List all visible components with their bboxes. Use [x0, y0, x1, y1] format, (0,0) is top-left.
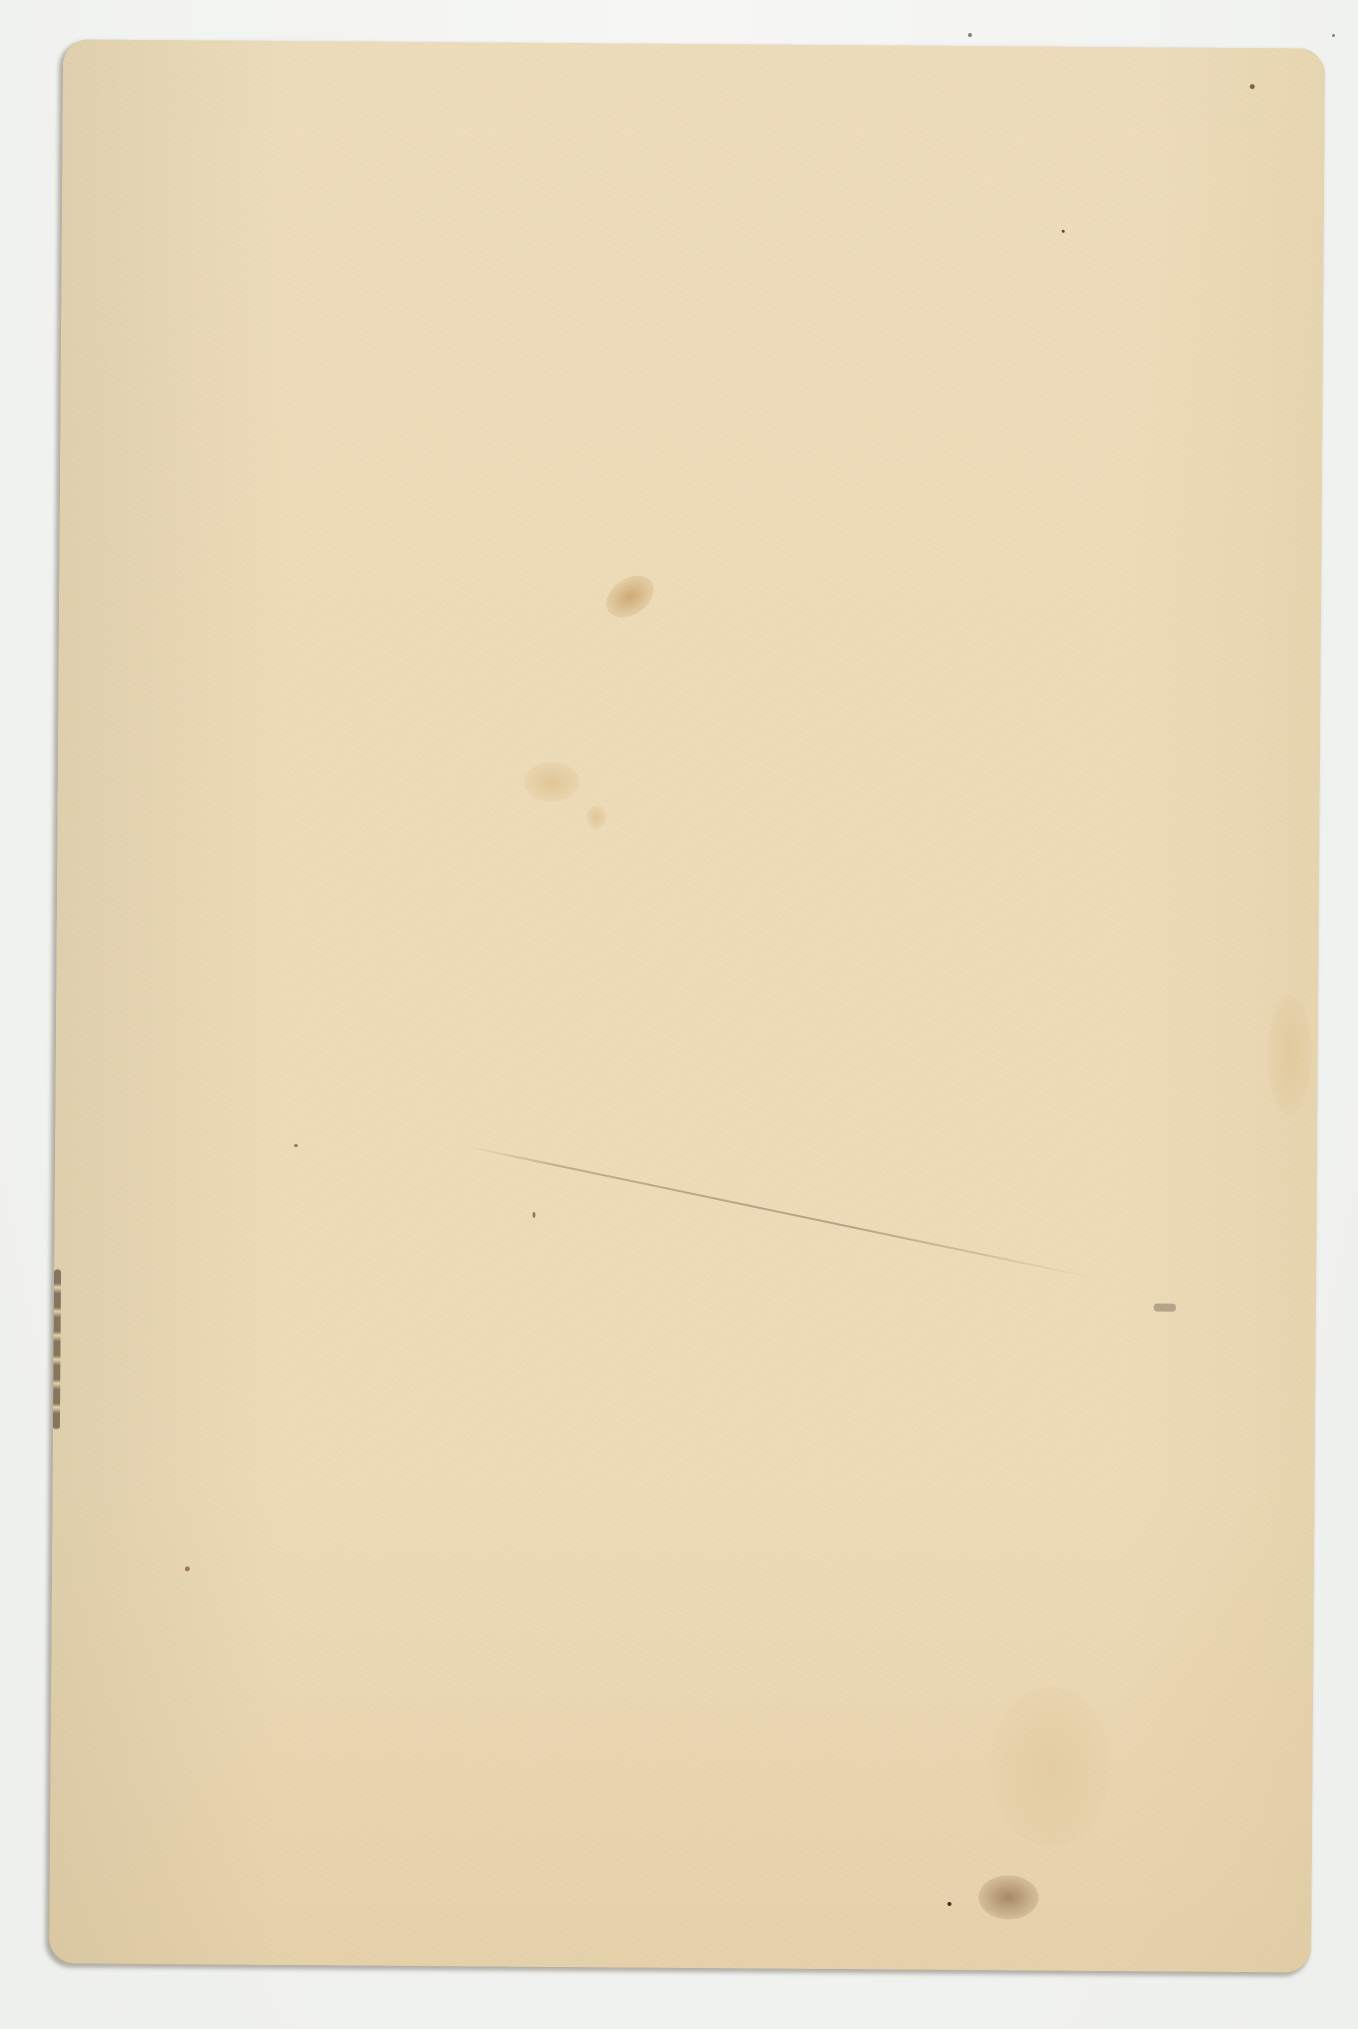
stain-lower-right-blotch: [990, 1686, 1111, 1847]
dust-speck: [968, 33, 972, 37]
card-paper-grain: [49, 39, 1325, 1972]
speck: [294, 1144, 298, 1147]
speck: [1062, 230, 1065, 233]
speck: [532, 1212, 535, 1218]
cabinet-card-verso: [49, 39, 1325, 1972]
speck: [947, 1902, 951, 1906]
stain-lower: [978, 1875, 1038, 1919]
stain-upper-faint: [523, 762, 579, 802]
stain-upper-small: [586, 805, 606, 829]
dust-speck: [1332, 34, 1335, 37]
speck-mark: [1154, 1303, 1176, 1311]
left-edge-wear: [53, 1269, 61, 1429]
speck: [185, 1566, 190, 1571]
speck: [1250, 84, 1255, 89]
